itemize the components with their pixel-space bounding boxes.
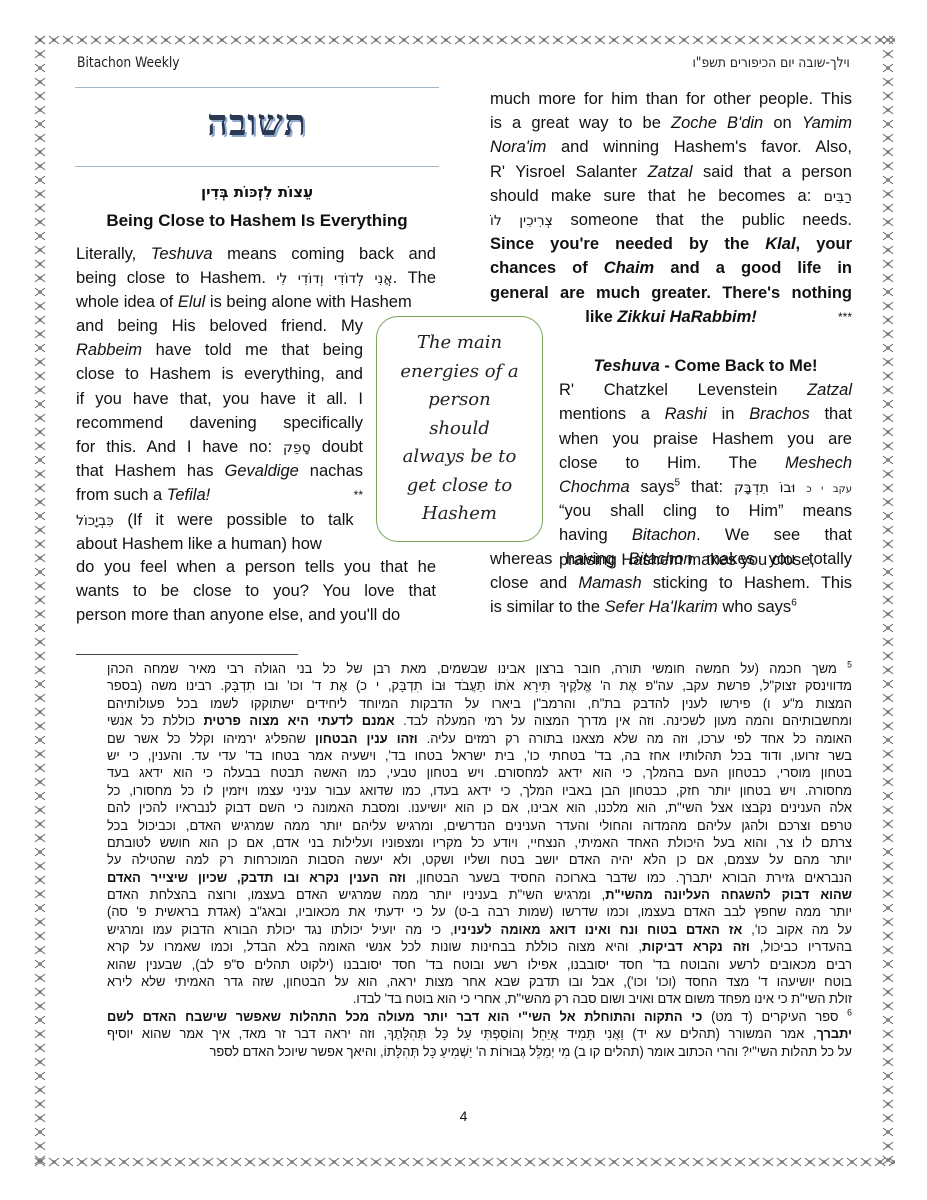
publication-name: Bitachon Weekly [77,55,180,71]
text-line: having Bitachon. We see that [559,523,852,547]
left-column-bottom: do you feel when a person tells you that… [76,555,436,628]
text-line: person more than anyone else, and you'll… [76,603,436,627]
text-line: wants to be close to you? You love that [76,579,436,603]
footnote-line: יתברך, אמר המשורר (תהלים עא יד) וַאֲנִי … [107,1025,852,1042]
text-line: much more for him than for other people.… [490,87,852,111]
article-title: תשובה [75,102,439,144]
cross-stitch-pattern-icon [881,33,895,1169]
text-line: mentions a Rashi in Brachos that [559,402,852,426]
pull-quote-line: Hashem [385,500,535,529]
text-line: being close to Hashem. אֲנִי לְדוֹדִי וְ… [76,266,436,290]
decorative-border-left [33,33,47,1169]
pull-quote-line: always be to [385,443,535,472]
text-line: כִּבְיָכוֹל (If it were possible to talk [76,508,363,532]
subtitle-hebrew: עֵצוֹת לִזְכּוֹת בְּדִין [75,183,439,201]
pull-quote-line: energies of a [385,358,535,387]
decorative-border-right [881,33,895,1169]
text-line: for this. And I have no: סָפֵק doubt [76,435,363,459]
text-line: is similar to the Sefer Ha'Ikarim who sa… [490,595,852,619]
subtitle-english: Being Close to Hashem Is Everything [75,211,439,231]
footnote-line: בוטח יושיעהו ד' מצד החסד (וכו' וכו'), אב… [107,973,852,990]
text-line: like Zikkui HaRabbim!*** [490,305,852,329]
footnote-line: מדווינסק זצוק"ל, פרשת עקב, עה"פ אֶת ה' א… [107,677,852,694]
text-line: R' Chatzkel Levenstein Zatzal [559,378,852,402]
pull-quote-line: The main [385,329,535,358]
pull-quote-line: should [385,415,535,444]
footnote-line: על כל תהלות השי"י? והרי הכתוב אומר (תהלי… [107,1043,852,1060]
footnote-line: שהוא דבוק להשגחה העליונה מהשי"ת, ומרגיש … [107,886,852,903]
text-line: whole idea of Elul is being alone with H… [76,290,436,314]
footnote-line: טרפם וצרכם ולהגן עליהם מהמדוה והחולי והע… [107,817,852,834]
footnote-line: 6 ספר העיקרים (ד מט) כי התקוה והתוחלת אל… [107,1008,852,1025]
text-line: close to Hashem is everything, and [76,362,363,386]
issue-parsha: וילך-שובה יום הכיפורים תשפ"ו [693,55,850,71]
footnote-line: יותר ממה שחפץ לבב האדם בעצמו, וכמו שדרשו… [107,903,852,920]
section-end-marker: ** [354,483,363,507]
text-line: Literally, Teshuva means coming back and [76,242,436,266]
text-line: chances of Chaim and a good life in [490,256,852,280]
left-column-top: Literally, Teshuva means coming back and… [76,242,436,315]
footnote-line: זולת השי"ת כי אינו מפחד משום אדם ואויב ו… [107,990,852,1007]
text-line: Chochma says5 that: וּבוֹ תִדְבָּק עקב י… [559,475,852,499]
pull-quote-line: person [385,386,535,415]
decorative-border-bottom [33,1155,895,1169]
text-line: general are much greater. There's nothin… [490,281,852,305]
section-end-marker: *** [838,305,852,329]
cross-stitch-pattern-icon [33,33,895,47]
right-column-bottom: whereas having Bitachon makes you totall… [490,547,852,620]
pull-quote-text: The mainenergies of apersonshouldalways … [385,329,535,529]
title-rule-top [75,87,439,88]
text-line: “you shall cling to Him” means [559,499,852,523]
right-column-top: much more for him than for other people.… [490,87,852,329]
footnote-separator [76,654,298,655]
pull-quote-box: The mainenergies of apersonshouldalways … [376,316,543,542]
text-line: צְרִיכִין לוֹ someone that the public ne… [490,208,852,232]
cross-stitch-pattern-icon [33,1155,895,1169]
text-line: from such a Tefila!** [76,483,363,507]
left-column-wrapped: and being His beloved friend. MyRabbeim … [76,314,363,556]
text-line: whereas having Bitachon makes you totall… [490,547,852,571]
text-line: close and Mamash sticking to Hashem. Thi… [490,571,852,595]
text-line: should make sure that he becomes a: רַבִ… [490,184,852,208]
page-number: 4 [0,1108,927,1124]
pull-quote-line: get close to [385,472,535,501]
right-column-wrapped-lines: R' Chatzkel Levenstein Zatzalmentions a … [559,378,852,572]
footnote-line: יותר מהם על עצמם, אם כן הלא יהיה האדם יו… [107,851,852,868]
text-line: Since you're needed by the Klal, your [490,232,852,256]
text-line: Rabbeim have told me that being [76,338,363,362]
text-line: R' Yisroel Salanter Zatzal said that a p… [490,160,852,184]
footnote-line: אלה הענינים נקבצו אצל השי"ת, הוא מלכנו, … [107,799,852,816]
footnote-line: בהעדריו כביכול, וזה נקרא דביקות, והיא מצ… [107,938,852,955]
text-line: is a great way to be Zoche B'din on Yami… [490,111,852,135]
text-line: that Hashem has Gevaldige nachas [76,459,363,483]
footnote-line: המצות מ"ע ו) פירשו לענין להדבק בת"ח, והר… [107,695,852,712]
text-line: Nora'im and winning Hashem's favor. Also… [490,135,852,159]
footnote-line: מחסורה. ויש בטחון יותר חזק, כבטחון הבן ב… [107,782,852,799]
footnote-line: 5 משך חכמה (על חמשה חומשי תורה, חובר ברצ… [107,660,852,677]
footnotes: 5 משך חכמה (על חמשה חומשי תורה, חובר ברצ… [76,660,852,1060]
footnote-line: על מה אקוב כו', אז האדם בטוח ונח ואינו ד… [107,921,852,938]
cross-stitch-pattern-icon [33,33,47,1169]
text-line: when you praise Hashem you are [559,427,852,451]
section-heading: Teshuva - Come Back to Me! [559,354,852,378]
footnote-line: הנבראים גזירת הבורא יתברך. כמו שדבר בארו… [107,869,852,886]
text-line: if you have that, you have it all. I [76,387,363,411]
footnote-line: צרתם לו צר, והוא בעל היכולת האחד האמיתי,… [107,834,852,851]
text-line: do you feel when a person tells you that… [76,555,436,579]
title-rule-bottom [75,166,439,167]
text-line: about Hashem like a human) how [76,532,363,556]
footnote-line: בטחון מוסרי, כבטחון העם בהמלך, כי הוא יד… [107,764,852,781]
footnote-line: בשר זרועו, ודוד בכל תהלותיו אחז בה, בד' … [107,747,852,764]
decorative-border-top [33,33,895,47]
footnote-line: רבים מכאובים לרשע והבוטח בד' חסד יסובבנו… [107,956,852,973]
text-line: and being His beloved friend. My [76,314,363,338]
footnote-line: ומחשבותיהם והמה מעון לשכינה. וזה אין מדר… [107,712,852,729]
text-line: close to Him. The Meshech [559,451,852,475]
footnote-line: האומה כל אחד לפי ערכו, וזה מה שלא מצאנו … [107,730,852,747]
right-column-wrapped: Teshuva - Come Back to Me! R' Chatzkel L… [559,354,852,572]
text-line: recommend davening specifically [76,411,363,435]
